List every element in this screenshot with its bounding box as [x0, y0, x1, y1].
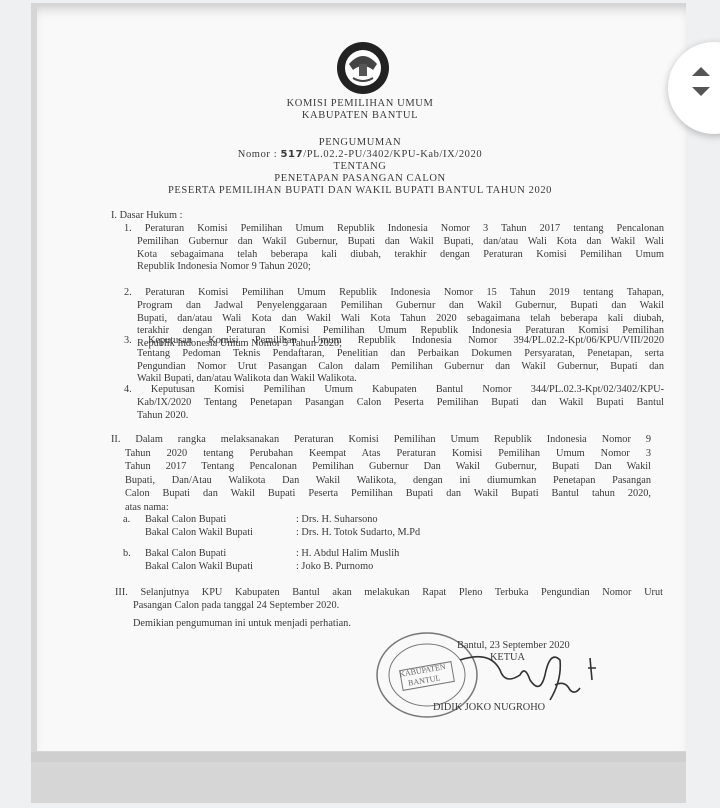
- subject-line-2: PESERTA PEMILIHAN BUPATI DAN WAKIL BUPAT…: [0, 185, 720, 196]
- legal-basis-line: Kab/IX/2020 Tentang Penetapan Pasangan C…: [137, 397, 664, 408]
- kpu-logo-icon: [335, 40, 391, 96]
- tentang-label: TENTANG: [0, 161, 720, 172]
- nomor-rest: /PL.02.2-PU/3402/KPU-Kab/IX/2020: [303, 149, 482, 160]
- candidate-name: : Joko B. Purnomo: [296, 561, 373, 572]
- legal-basis-line: Kota sebagaimana telah beberapa kali diu…: [137, 249, 664, 260]
- section-2-line: Tahun 2017 Tentang Pencalonan Pemilihan …: [125, 461, 651, 472]
- org-name: KOMISI PEMILIHAN UMUM: [0, 98, 720, 109]
- candidate-marker: b.: [123, 548, 131, 559]
- arrow-down-icon[interactable]: [692, 87, 710, 96]
- legal-basis-line: Bupati, dan/atau Wali Kota dan Wakil Wal…: [137, 313, 664, 324]
- section-2-line: Tahun 2020 tentang Perubahan Keempat Ata…: [125, 448, 651, 459]
- closing-statement: Demikian pengumuman ini untuk menjadi pe…: [133, 618, 351, 629]
- nomor-handwritten: 517: [281, 149, 304, 160]
- section-3-line: Pasangan Calon pada tanggal 24 September…: [133, 600, 339, 611]
- candidate-name: : H. Abdul Halim Muslih: [296, 548, 399, 559]
- legal-basis-line: Wakil Bupati, dan/atau Walikota dan Waki…: [137, 373, 357, 384]
- section-1-heading: I. Dasar Hukum :: [111, 210, 183, 221]
- candidate-role: Bakal Calon Bupati: [145, 514, 226, 525]
- legal-basis-line: 2. Peraturan Komisi Pemilihan Umum Repub…: [124, 287, 664, 298]
- legal-basis-line: Program dan Jadwal Penyelenggaraan Pemil…: [137, 300, 664, 311]
- announcement-heading: PENGUMUMAN: [0, 137, 720, 148]
- section-2-line: atas nama:: [125, 502, 169, 513]
- candidate-role: Bakal Calon Bupati: [145, 548, 226, 559]
- candidate-name: : Drs. H. Suharsono: [296, 514, 378, 525]
- legal-basis-line: Tahun 2020.: [137, 410, 188, 421]
- candidate-role: Bakal Calon Wakil Bupati: [145, 527, 253, 538]
- candidate-role: Bakal Calon Wakil Bupati: [145, 561, 253, 572]
- section-3-line: III. Selanjutnya KPU Kabupaten Bantul ak…: [115, 587, 663, 598]
- section-2-line: Bupati, Dan/Atau Walikota Dan Wakil Wali…: [125, 475, 651, 486]
- section-2-line: II. Dalam rangka melaksanakan Peraturan …: [111, 434, 651, 445]
- announcement-number: Nomor : 517/PL.02.2-PU/3402/KPU-Kab/IX/2…: [0, 149, 720, 160]
- section-2-line: Calon Bupati dan Wakil Bupati Peserta Pe…: [125, 488, 651, 499]
- org-regency: KABUPATEN BANTUL: [0, 110, 720, 121]
- legal-basis-line: Tentang Pedoman Teknis Pendaftaran, Pene…: [137, 348, 664, 359]
- legal-basis-line: Pemilihan Gubernur dan Wakil Gubernur, B…: [137, 236, 664, 247]
- legal-basis-line: 1. Peraturan Komisi Pemilihan Umum Repub…: [124, 223, 664, 234]
- candidate-marker: a.: [123, 514, 130, 525]
- signatory-name: DIDIK JOKO NUGROHO: [433, 702, 545, 713]
- page-edge: [31, 752, 686, 762]
- subject-line-1: PENETAPAN PASANGAN CALON: [0, 173, 720, 184]
- arrow-up-icon[interactable]: [692, 67, 710, 76]
- legal-basis-line: Republik Indonesia Nomor 9 Tahun 2020;: [137, 261, 311, 272]
- legal-basis-line: 3. Keputusan Komisi Pemilihan Umum Repub…: [124, 335, 664, 346]
- legal-basis-line: 4. Keputusan Komisi Pemilihan Umum Kabup…: [124, 384, 664, 395]
- candidate-name: : Drs. H. Totok Sudarto, M.Pd: [296, 527, 420, 538]
- nomor-label: Nomor :: [238, 149, 278, 160]
- legal-basis-line: Pengundian Nomor Urut Pasangan Calon dal…: [137, 361, 664, 372]
